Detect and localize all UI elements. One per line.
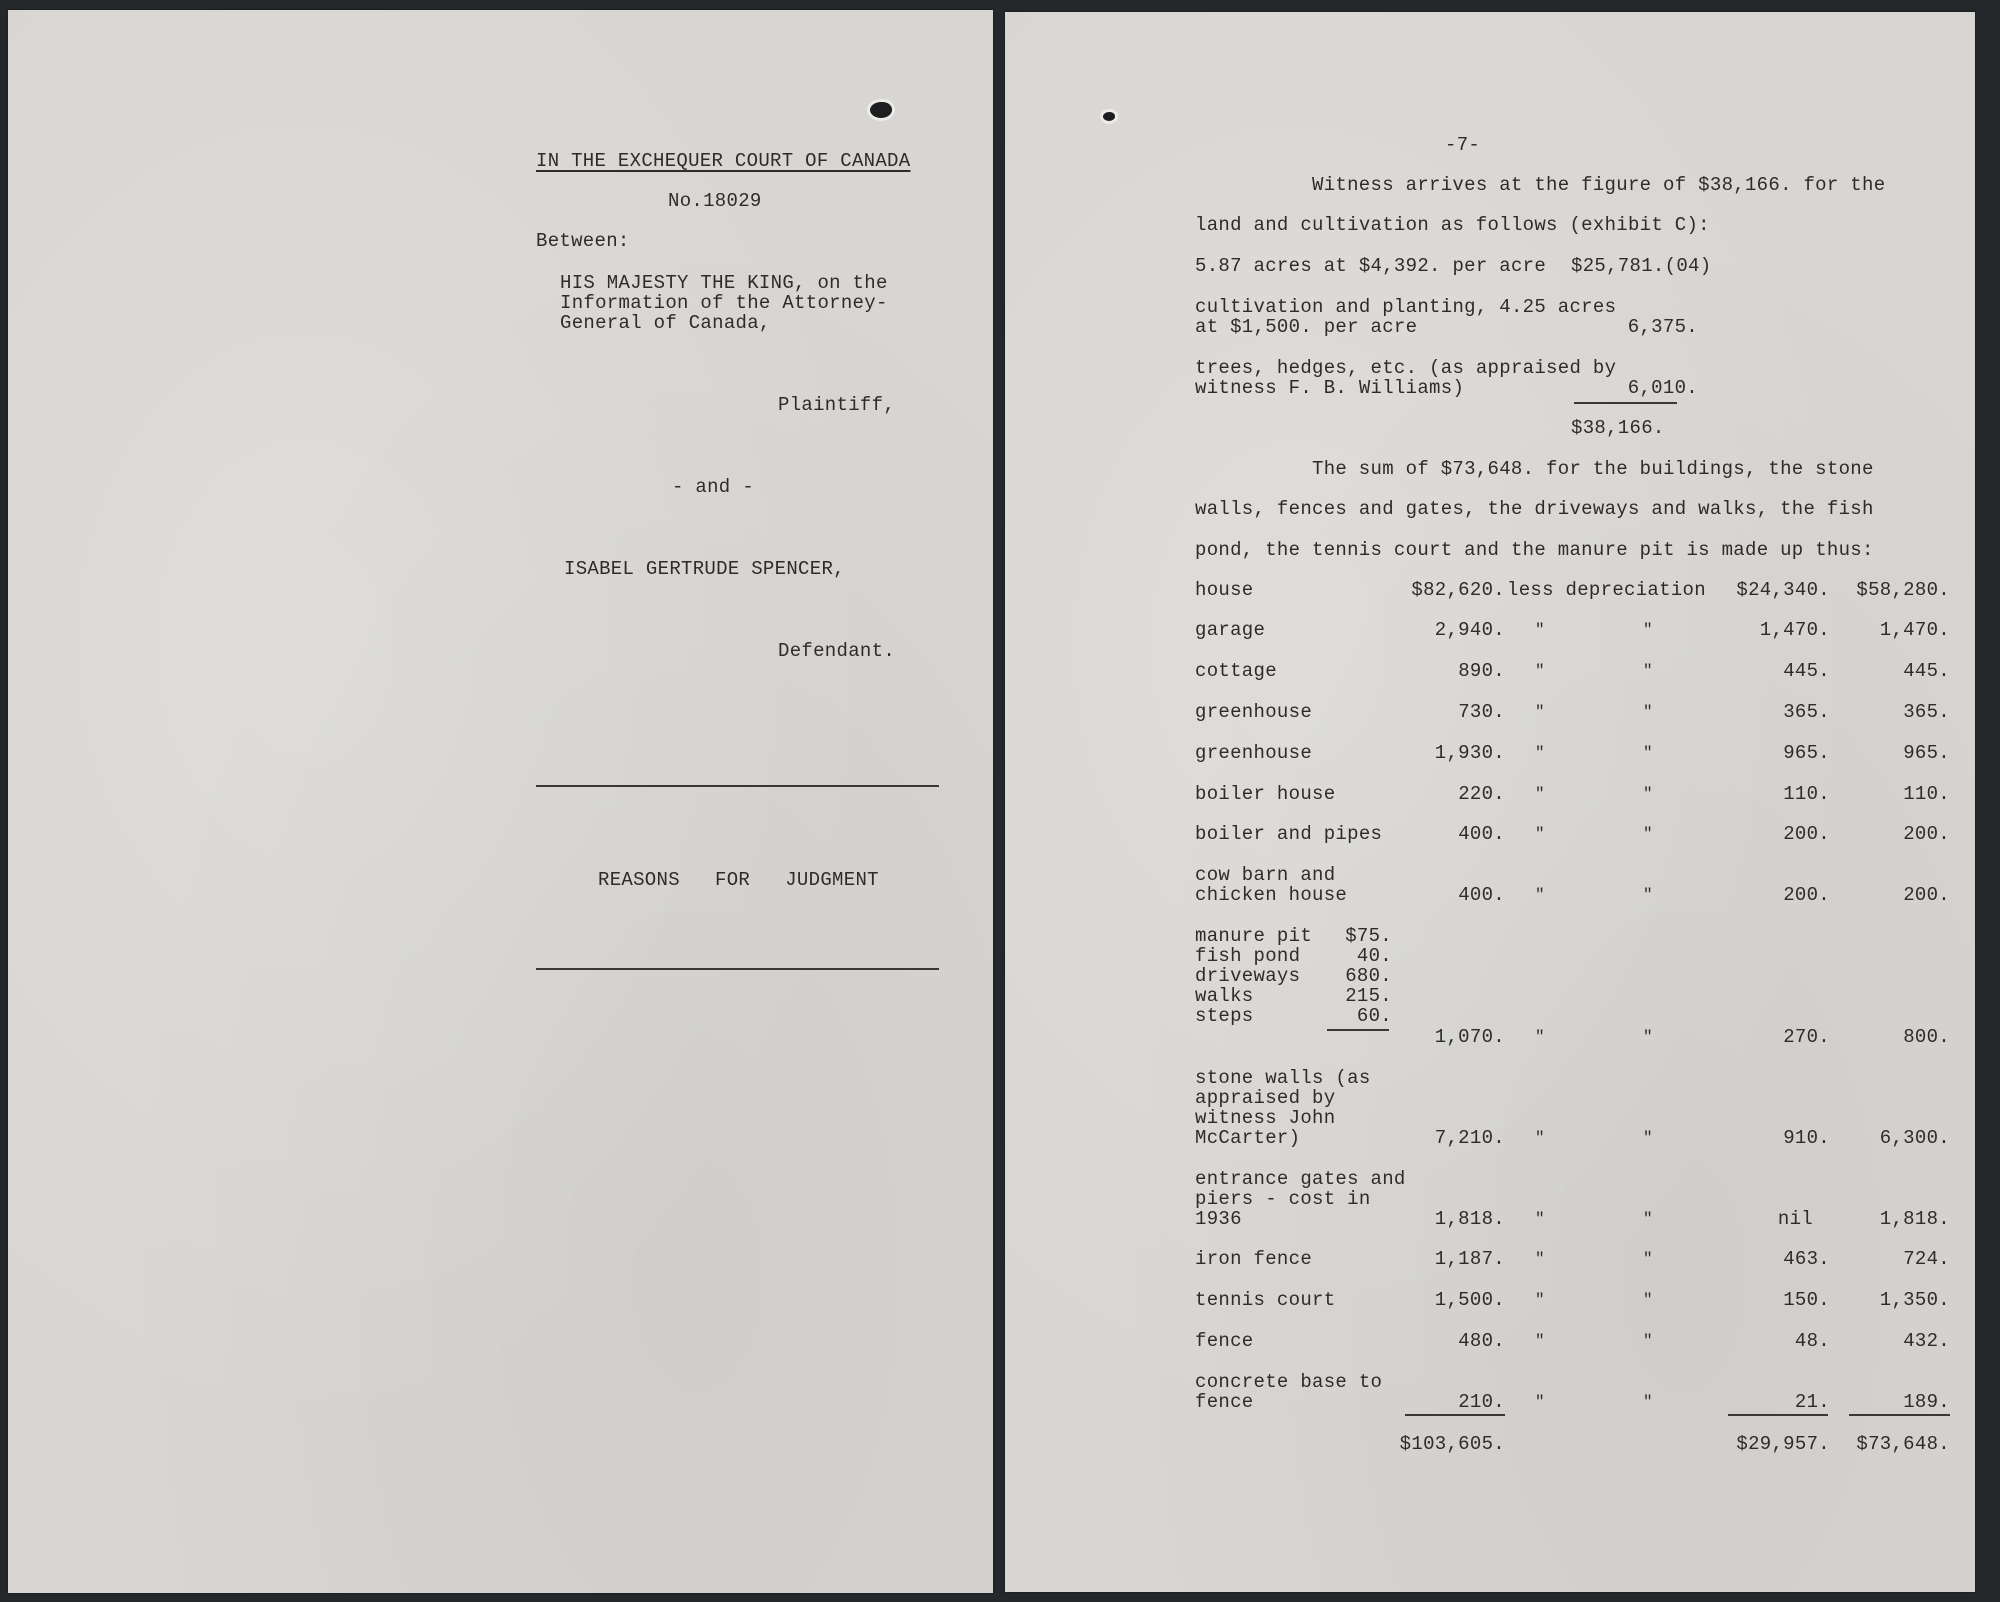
sub-item-label: steps	[1195, 1006, 1254, 1026]
building-cost: 210.	[1285, 1392, 1505, 1412]
plaintiff-role: Plaintiff,	[778, 395, 895, 415]
ditto-mark: "	[1535, 620, 1545, 640]
land-total: $38,166.	[1571, 418, 1665, 438]
building-label: house	[1195, 580, 1254, 600]
page-number: -7-	[1445, 135, 1480, 155]
building-label: entrance gates and	[1195, 1169, 1406, 1189]
land-item-label: witness F. B. Williams)	[1195, 378, 1464, 398]
building-cost: 220.	[1285, 784, 1505, 804]
building-cost: 1,500.	[1285, 1290, 1505, 1310]
sub-item-amount: 680.	[1285, 966, 1392, 986]
building-cost: 7,210.	[1285, 1128, 1505, 1148]
buildings-intro-line-3: pond, the tennis court and the manure pi…	[1195, 540, 1874, 560]
buildings-intro-line-2: walls, fences and gates, the driveways a…	[1195, 499, 1874, 519]
ditto-mark: "	[1535, 1027, 1545, 1047]
cost-total-rule	[1405, 1414, 1505, 1416]
building-depreciation: 445.	[1605, 661, 1830, 681]
building-cost: 890.	[1285, 661, 1505, 681]
building-depreciation: 110.	[1605, 784, 1830, 804]
building-cost: 1,187.	[1285, 1249, 1505, 1269]
sub-item-amount: $75.	[1285, 926, 1392, 946]
total-net: $73,648.	[1825, 1434, 1950, 1454]
ditto-mark: "	[1535, 1128, 1545, 1148]
building-depreciation: 365.	[1605, 702, 1830, 722]
building-depreciation: nil	[1605, 1209, 1813, 1229]
building-net: 365.	[1825, 702, 1950, 722]
ditto-mark: "	[1535, 1249, 1545, 1269]
building-cost: 400.	[1285, 885, 1505, 905]
case-number: No.18029	[668, 191, 762, 211]
net-total-rule	[1849, 1414, 1950, 1416]
building-label: garage	[1195, 620, 1265, 640]
building-depreciation: $24,340.	[1605, 580, 1830, 600]
building-depreciation: 150.	[1605, 1290, 1830, 1310]
building-net: 189.	[1825, 1392, 1950, 1412]
building-depreciation: 270.	[1605, 1027, 1830, 1047]
building-label: cottage	[1195, 661, 1277, 681]
ditto-mark: "	[1535, 743, 1545, 763]
punch-hole	[870, 102, 892, 118]
sub-item-amount: 215.	[1285, 986, 1392, 1006]
building-label: appraised by	[1195, 1088, 1335, 1108]
building-depreciation: 463.	[1605, 1249, 1830, 1269]
building-net: 1,818.	[1825, 1209, 1950, 1229]
ditto-mark: "	[1535, 1392, 1545, 1412]
page-7: -7- Witness arrives at the figure of $38…	[1005, 12, 1975, 1592]
building-depreciation: 200.	[1605, 885, 1830, 905]
total-cost: $103,605.	[1285, 1434, 1505, 1454]
building-cost: 480.	[1285, 1331, 1505, 1351]
building-label: cow barn and	[1195, 865, 1335, 885]
building-depreciation: 48.	[1605, 1331, 1830, 1351]
building-label: fence	[1195, 1331, 1254, 1351]
ditto-mark: "	[1535, 885, 1545, 905]
building-cost: 1,070.	[1285, 1027, 1505, 1047]
land-item-amount: 6,375.	[1565, 317, 1698, 337]
building-cost: 1,930.	[1285, 743, 1505, 763]
building-label: piers - cost in	[1195, 1189, 1371, 1209]
land-item-label: trees, hedges, etc. (as appraised by	[1195, 358, 1616, 378]
building-label: 1936	[1195, 1209, 1242, 1229]
building-net: 1,350.	[1825, 1290, 1950, 1310]
divider-bottom	[536, 968, 939, 970]
ditto-mark: "	[1535, 1209, 1545, 1229]
land-item-amount: 6,010.	[1565, 378, 1698, 398]
ditto-mark: "	[1535, 824, 1545, 844]
building-net: 965.	[1825, 743, 1950, 763]
intro-line-1: Witness arrives at the figure of $38,166…	[1312, 175, 1885, 195]
building-net: 200.	[1825, 824, 1950, 844]
building-label: stone walls (as	[1195, 1068, 1371, 1088]
land-item-label: cultivation and planting, 4.25 acres	[1195, 297, 1616, 317]
buildings-intro-line-1: The sum of $73,648. for the buildings, t…	[1312, 459, 1874, 479]
building-cost: 730.	[1285, 702, 1505, 722]
subtotal-rule	[1574, 402, 1677, 404]
building-cost: $82,620.	[1285, 580, 1505, 600]
building-label: concrete base to	[1195, 1372, 1382, 1392]
building-net: $58,280.	[1825, 580, 1950, 600]
intro-line-2: land and cultivation as follows (exhibit…	[1195, 215, 1710, 235]
divider-top	[536, 785, 939, 787]
land-item-amount: $25,781.(04)	[1571, 256, 1711, 276]
land-item-label: at $1,500. per acre	[1195, 317, 1417, 337]
building-cost: 2,940.	[1285, 620, 1505, 640]
court-heading: IN THE EXCHEQUER COURT OF CANADA	[536, 151, 910, 171]
land-item-label: 5.87 acres at $4,392. per acre	[1195, 256, 1546, 276]
building-net: 724.	[1825, 1249, 1950, 1269]
sub-item-amount: 60.	[1285, 1006, 1392, 1026]
plaintiff-line-3: General of Canada,	[560, 313, 771, 333]
building-label: fence	[1195, 1392, 1254, 1412]
building-cost: 400.	[1285, 824, 1505, 844]
document-title: REASONS FOR JUDGMENT	[598, 870, 879, 890]
and-separator: - and -	[672, 477, 754, 497]
building-depreciation: 1,470.	[1605, 620, 1830, 640]
depreciation-total-rule	[1728, 1414, 1828, 1416]
cover-page: IN THE EXCHEQUER COURT OF CANADA No.1802…	[8, 10, 993, 1593]
building-net: 6,300.	[1825, 1128, 1950, 1148]
building-net: 110.	[1825, 784, 1950, 804]
building-net: 800.	[1825, 1027, 1950, 1047]
building-net: 200.	[1825, 885, 1950, 905]
ditto-mark: "	[1535, 784, 1545, 804]
plaintiff-line-2: Information of the Attorney-	[560, 293, 888, 313]
building-cost: 1,818.	[1285, 1209, 1505, 1229]
building-net: 1,470.	[1825, 620, 1950, 640]
punch-hole	[1103, 112, 1115, 121]
building-depreciation: 200.	[1605, 824, 1830, 844]
sub-item-amount: 40.	[1285, 946, 1392, 966]
defendant-role: Defendant.	[778, 641, 895, 661]
building-net: 432.	[1825, 1331, 1950, 1351]
defendant-name: ISABEL GERTRUDE SPENCER,	[564, 559, 845, 579]
ditto-mark: "	[1535, 1290, 1545, 1310]
ditto-mark: "	[1535, 661, 1545, 681]
building-depreciation: 910.	[1605, 1128, 1830, 1148]
building-depreciation: 965.	[1605, 743, 1830, 763]
plaintiff-line-1: HIS MAJESTY THE KING, on the	[560, 273, 888, 293]
building-depreciation: 21.	[1605, 1392, 1830, 1412]
total-depreciation: $29,957.	[1605, 1434, 1830, 1454]
between-label: Between:	[536, 231, 630, 251]
sub-item-label: walks	[1195, 986, 1254, 1006]
ditto-mark: "	[1535, 1331, 1545, 1351]
building-net: 445.	[1825, 661, 1950, 681]
building-label: witness John	[1195, 1108, 1335, 1128]
ditto-mark: "	[1535, 702, 1545, 722]
